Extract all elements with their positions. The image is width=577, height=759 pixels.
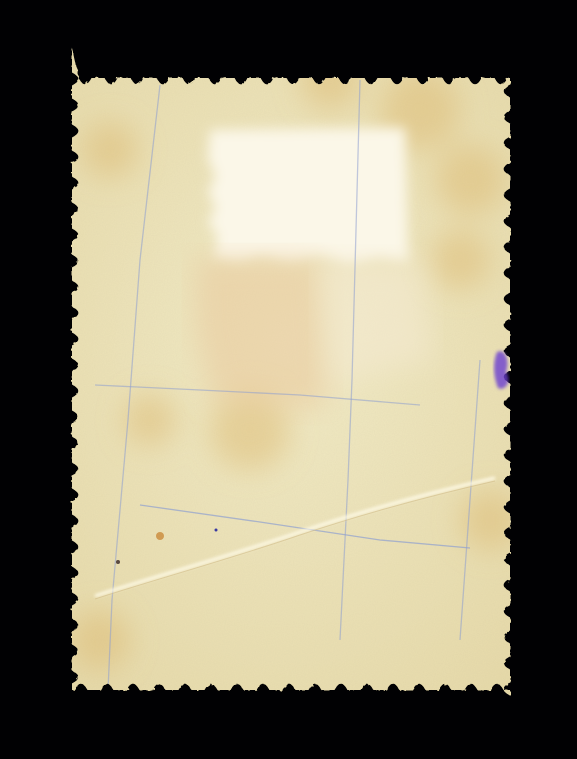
- hinge-remnant: [195, 128, 432, 410]
- photo-stage: [0, 0, 577, 759]
- stamp-back-image: [0, 0, 577, 759]
- stamp-surface: [0, 0, 577, 759]
- stain-spot: [156, 532, 164, 540]
- blue-speck: [215, 529, 218, 532]
- dark-speck: [116, 560, 120, 564]
